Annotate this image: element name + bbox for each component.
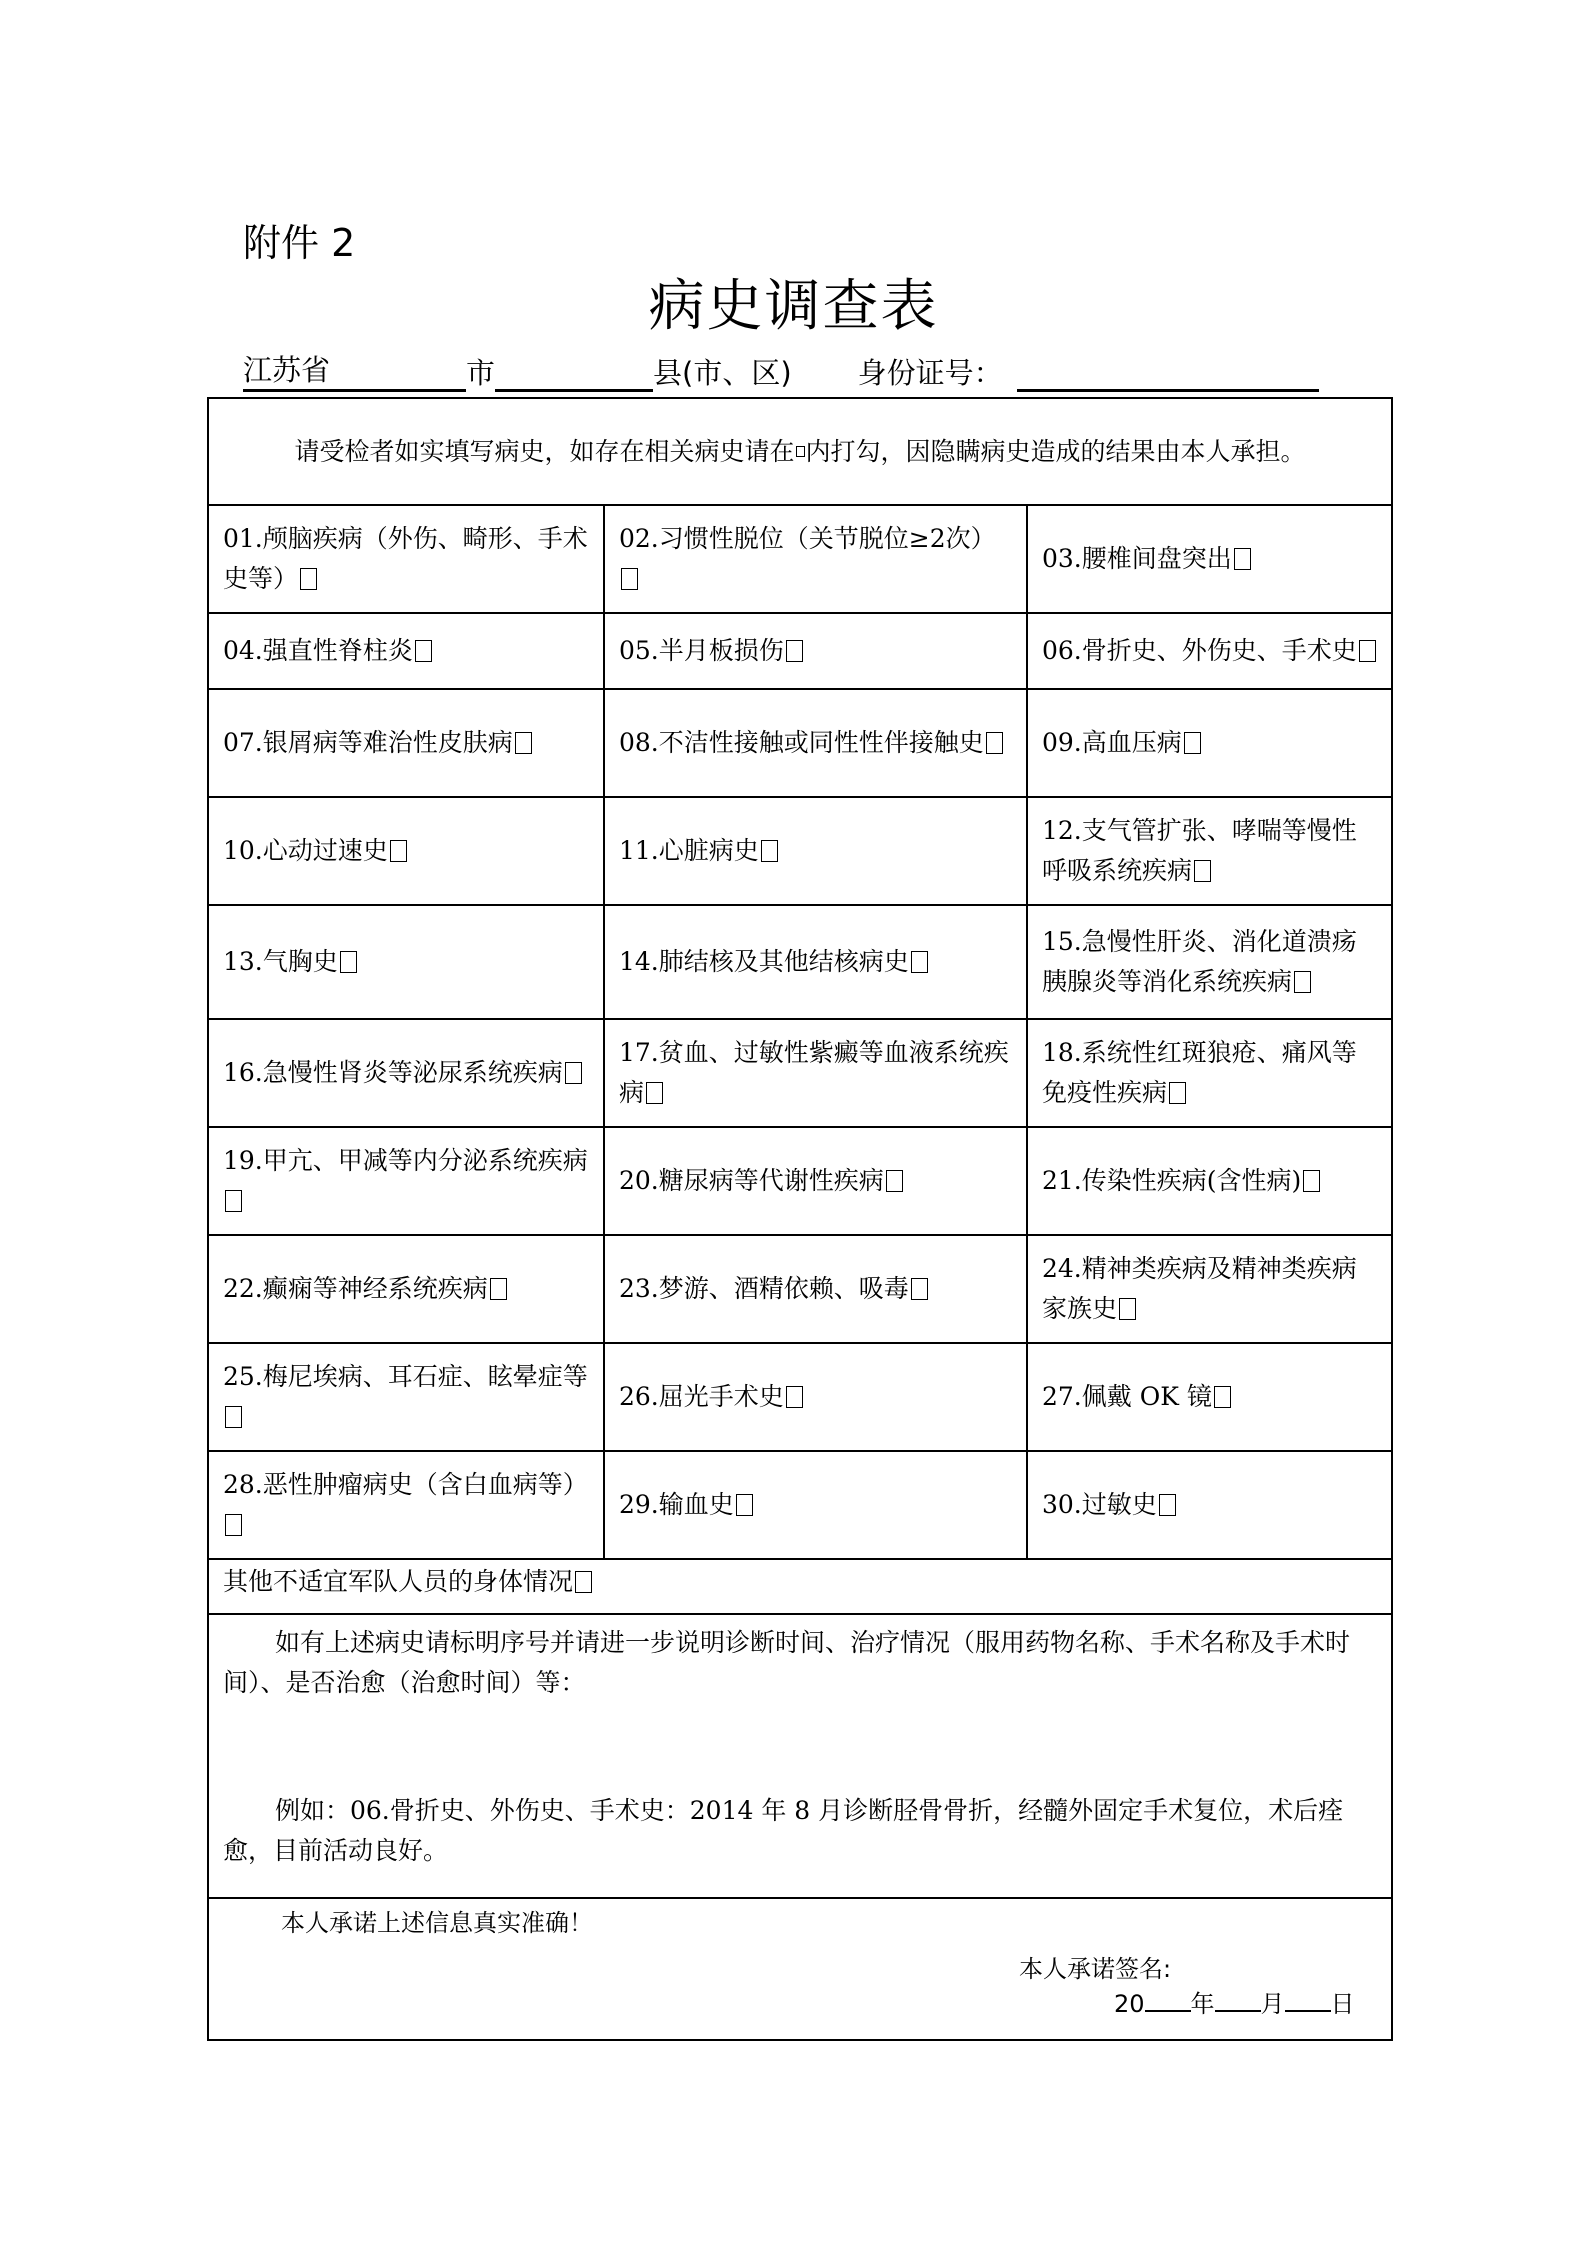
checkbox[interactable] bbox=[225, 1190, 242, 1212]
item-19[interactable]: 19.甲亢、甲减等内分泌系统疾病 bbox=[209, 1128, 605, 1234]
table-row: 19.甲亢、甲减等内分泌系统疾病 20.糖尿病等代谢性疾病 21.传染性疾病(含… bbox=[209, 1128, 1391, 1236]
city-label: 市 bbox=[466, 351, 495, 392]
checkbox[interactable] bbox=[646, 1082, 663, 1104]
page-title: 病史调查表 bbox=[0, 262, 1587, 342]
item-06[interactable]: 06.骨折史、外伤史、手术史 bbox=[1028, 614, 1391, 688]
table-row: 13.气胸史 14.肺结核及其他结核病史 15.急慢性肝炎、消化道溃疡胰腺炎等消… bbox=[209, 906, 1391, 1020]
date-line: 20年月日 bbox=[1114, 1984, 1355, 2019]
checkbox[interactable] bbox=[986, 732, 1003, 754]
other-condition[interactable]: 其他不适宜军队人员的身体情况 bbox=[209, 1560, 1391, 1613]
id-label: 身份证号： bbox=[858, 351, 1003, 392]
checkbox-sample-icon bbox=[796, 446, 805, 457]
item-02[interactable]: 02.习惯性脱位（关节脱位≥2次） bbox=[605, 506, 1028, 612]
item-27[interactable]: 27.佩戴 OK 镜 bbox=[1028, 1344, 1391, 1450]
item-14[interactable]: 14.肺结核及其他结核病史 bbox=[605, 906, 1028, 1018]
checkbox[interactable] bbox=[300, 568, 317, 590]
checkbox[interactable] bbox=[515, 732, 532, 754]
table-row: 22.癫痫等神经系统疾病 23.梦游、酒精依赖、吸毒 24.精神类疾病及精神类疾… bbox=[209, 1236, 1391, 1344]
table-row: 28.恶性肿瘤病史（含白血病等） 29.输血史 30.过敏史 bbox=[209, 1452, 1391, 1560]
checkbox[interactable] bbox=[786, 1386, 803, 1408]
explanation-instruction: 如有上述病史请标明序号并请进一步说明诊断时间、治疗情况（服用药物名称、手术名称及… bbox=[223, 1623, 1377, 1703]
checkbox[interactable] bbox=[225, 1514, 242, 1536]
province-label: 江苏省 bbox=[243, 348, 330, 392]
checkbox[interactable] bbox=[736, 1494, 753, 1516]
item-20[interactable]: 20.糖尿病等代谢性疾病 bbox=[605, 1128, 1028, 1234]
item-08[interactable]: 08.不洁性接触或同性性伴接触史 bbox=[605, 690, 1028, 796]
signature-row: 本人承诺上述信息真实准确！ 本人承诺签名: 20年月日 bbox=[209, 1899, 1391, 2039]
checkbox[interactable] bbox=[490, 1278, 507, 1300]
item-22[interactable]: 22.癫痫等神经系统疾病 bbox=[209, 1236, 605, 1342]
item-04[interactable]: 04.强直性脊柱炎 bbox=[209, 614, 605, 688]
item-12[interactable]: 12.支气管扩张、哮喘等慢性呼吸系统疾病 bbox=[1028, 798, 1391, 904]
item-18[interactable]: 18.系统性红斑狼疮、痛风等免疫性疾病 bbox=[1028, 1020, 1391, 1126]
item-24[interactable]: 24.精神类疾病及精神类疾病家族史 bbox=[1028, 1236, 1391, 1342]
item-10[interactable]: 10.心动过速史 bbox=[209, 798, 605, 904]
item-11[interactable]: 11.心脏病史 bbox=[605, 798, 1028, 904]
item-29[interactable]: 29.输血史 bbox=[605, 1452, 1028, 1558]
table-row: 04.强直性脊柱炎 05.半月板损伤 06.骨折史、外伤史、手术史 bbox=[209, 614, 1391, 690]
explanation-row[interactable]: 如有上述病史请标明序号并请进一步说明诊断时间、治疗情况（服用药物名称、手术名称及… bbox=[209, 1615, 1391, 1899]
county-input[interactable] bbox=[495, 359, 653, 392]
signature-label[interactable]: 本人承诺签名: bbox=[1019, 1949, 1171, 1984]
checkbox[interactable] bbox=[1169, 1082, 1186, 1104]
checkbox[interactable] bbox=[1234, 548, 1251, 570]
item-16[interactable]: 16.急慢性肾炎等泌尿系统疾病 bbox=[209, 1020, 605, 1126]
table-row: 01.颅脑疾病（外伤、畸形、手术史等） 02.习惯性脱位（关节脱位≥2次） 03… bbox=[209, 506, 1391, 614]
item-17[interactable]: 17.贫血、过敏性紫癜等血液系统疾病 bbox=[605, 1020, 1028, 1126]
table-row: 25.梅尼埃病、耳石症、眩晕症等 26.屈光手术史 27.佩戴 OK 镜 bbox=[209, 1344, 1391, 1452]
history-table: 请受检者如实填写病史，如存在相关病史请在内打勾，因隐瞒病史造成的结果由本人承担。… bbox=[207, 397, 1393, 2041]
item-30[interactable]: 30.过敏史 bbox=[1028, 1452, 1391, 1558]
checkbox[interactable] bbox=[1303, 1170, 1320, 1192]
day-input[interactable] bbox=[1285, 1988, 1331, 2012]
item-09[interactable]: 09.高血压病 bbox=[1028, 690, 1391, 796]
checkbox[interactable] bbox=[340, 951, 357, 973]
checkbox[interactable] bbox=[390, 840, 407, 862]
checkbox[interactable] bbox=[565, 1062, 582, 1084]
checkbox[interactable] bbox=[415, 640, 432, 662]
checkbox[interactable] bbox=[911, 1278, 928, 1300]
item-23[interactable]: 23.梦游、酒精依赖、吸毒 bbox=[605, 1236, 1028, 1342]
checkbox[interactable] bbox=[575, 1571, 592, 1593]
table-row: 07.银屑病等难治性皮肤病 08.不洁性接触或同性性伴接触史 09.高血压病 bbox=[209, 690, 1391, 798]
county-label: 县(市、区) bbox=[653, 351, 792, 392]
checkbox[interactable] bbox=[761, 840, 778, 862]
checkbox[interactable] bbox=[225, 1406, 242, 1428]
table-row: 16.急慢性肾炎等泌尿系统疾病 17.贫血、过敏性紫癜等血液系统疾病 18.系统… bbox=[209, 1020, 1391, 1128]
intro-row: 请受检者如实填写病史，如存在相关病史请在内打勾，因隐瞒病史造成的结果由本人承担。 bbox=[209, 399, 1391, 506]
item-25[interactable]: 25.梅尼埃病、耳石症、眩晕症等 bbox=[209, 1344, 605, 1450]
year-input[interactable] bbox=[1145, 1988, 1191, 2012]
item-05[interactable]: 05.半月板损伤 bbox=[605, 614, 1028, 688]
item-15[interactable]: 15.急慢性肝炎、消化道溃疡胰腺炎等消化系统疾病 bbox=[1028, 906, 1391, 1018]
explanation-area[interactable]: 如有上述病史请标明序号并请进一步说明诊断时间、治疗情况（服用药物名称、手术名称及… bbox=[209, 1615, 1391, 1897]
item-03[interactable]: 03.腰椎间盘突出 bbox=[1028, 506, 1391, 612]
location-id-line: 江苏省 市 县(市、区) 身份证号： bbox=[243, 348, 1319, 392]
attachment-label: 附件 2 bbox=[243, 212, 355, 267]
checkbox[interactable] bbox=[886, 1170, 903, 1192]
item-13[interactable]: 13.气胸史 bbox=[209, 906, 605, 1018]
id-number-input[interactable] bbox=[1017, 359, 1319, 392]
checkbox[interactable] bbox=[621, 568, 638, 590]
other-condition-row[interactable]: 其他不适宜军队人员的身体情况 bbox=[209, 1560, 1391, 1615]
checkbox[interactable] bbox=[1194, 860, 1211, 882]
explanation-example: 例如：06.骨折史、外伤史、手术史：2014 年 8 月诊断胫骨骨折，经髓外固定… bbox=[223, 1791, 1377, 1871]
checkbox[interactable] bbox=[1159, 1494, 1176, 1516]
promise-text: 本人承诺上述信息真实准确！ bbox=[281, 1903, 593, 1938]
checkbox[interactable] bbox=[911, 951, 928, 973]
checkbox[interactable] bbox=[1359, 640, 1376, 662]
checkbox[interactable] bbox=[1294, 971, 1311, 993]
intro-text: 请受检者如实填写病史，如存在相关病史请在内打勾，因隐瞒病史造成的结果由本人承担。 bbox=[209, 399, 1391, 504]
checkbox[interactable] bbox=[786, 640, 803, 662]
month-input[interactable] bbox=[1215, 1988, 1261, 2012]
table-row: 10.心动过速史 11.心脏病史 12.支气管扩张、哮喘等慢性呼吸系统疾病 bbox=[209, 798, 1391, 906]
city-input[interactable] bbox=[330, 359, 466, 392]
item-21[interactable]: 21.传染性疾病(含性病) bbox=[1028, 1128, 1391, 1234]
checkbox[interactable] bbox=[1184, 732, 1201, 754]
item-28[interactable]: 28.恶性肿瘤病史（含白血病等） bbox=[209, 1452, 605, 1558]
item-07[interactable]: 07.银屑病等难治性皮肤病 bbox=[209, 690, 605, 796]
item-01[interactable]: 01.颅脑疾病（外伤、畸形、手术史等） bbox=[209, 506, 605, 612]
item-26[interactable]: 26.屈光手术史 bbox=[605, 1344, 1028, 1450]
checkbox[interactable] bbox=[1119, 1298, 1136, 1320]
checkbox[interactable] bbox=[1214, 1386, 1231, 1408]
